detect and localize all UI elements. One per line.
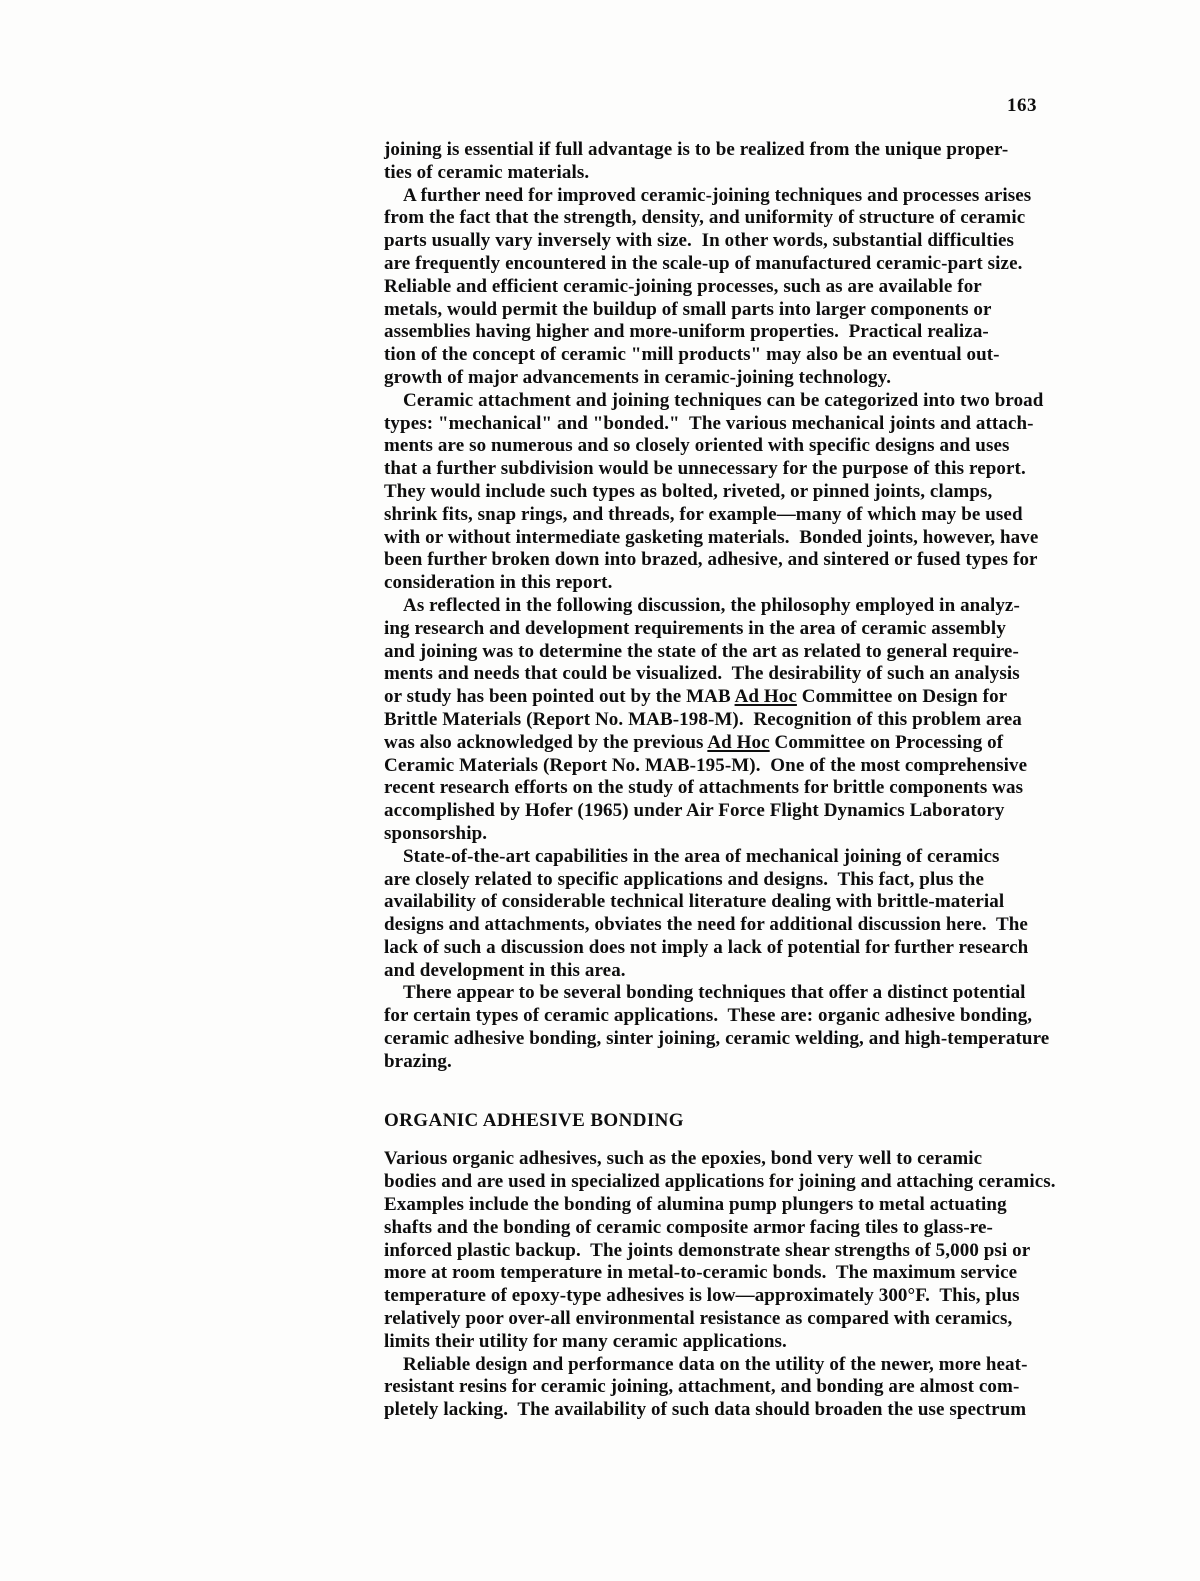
scanned-page: 163 joining is essential if full advanta…	[0, 0, 1200, 1581]
page-number: 163	[1007, 95, 1037, 117]
page-body: joining is essential if full advantage i…	[384, 139, 1144, 1422]
ad-hoc-underlined-1: Ad Hoc	[735, 686, 797, 707]
paragraph-attachment-types: Ceramic attachment and joining technique…	[384, 390, 1144, 595]
paragraph-philosophy: As reflected in the following discussion…	[384, 595, 1144, 846]
paragraph-reliable-design: Reliable design and performance data on …	[384, 1354, 1144, 1422]
paragraph-organic-adhesives: Various organic adhesives, such as the e…	[384, 1148, 1144, 1353]
paragraph-state-of-art: State-of-the-art capabilities in the are…	[384, 846, 1144, 983]
paragraph-bonding-techniques: There appear to be several bonding techn…	[384, 982, 1144, 1073]
section-heading-organic-adhesive-bonding: ORGANIC ADHESIVE BONDING	[384, 1110, 1144, 1133]
ad-hoc-underlined-2: Ad Hoc	[707, 732, 769, 753]
paragraph-intro: joining is essential if full advantage i…	[384, 139, 1144, 185]
paragraph-further-need: A further need for improved ceramic-join…	[384, 185, 1144, 390]
